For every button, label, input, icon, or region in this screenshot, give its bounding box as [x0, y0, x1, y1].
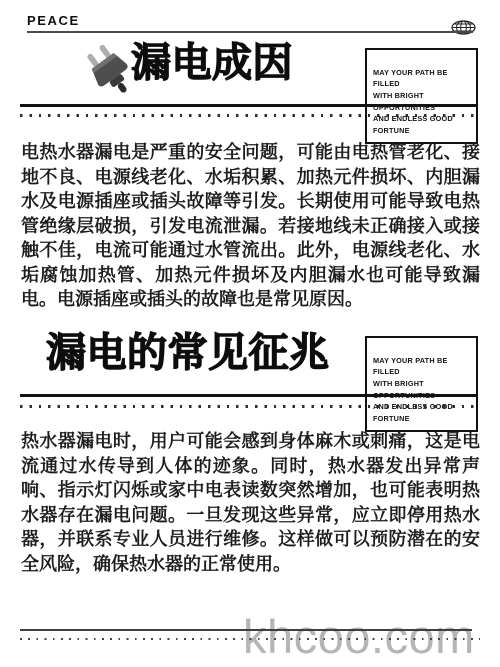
section1-title: 漏电成因	[131, 39, 293, 87]
section2-paragraph: 热水器漏电时，用户可能会感到身体麻木或刺痛，这是电流通过水传导到人体的迹象。同时…	[21, 429, 480, 576]
footer-divider-solid	[20, 629, 472, 631]
poster-page: PEACE 漏电成因 MAY YOUR PATH BE FILLED WITH …	[0, 0, 500, 667]
section2-divider-dotted	[20, 405, 480, 408]
section2-divider-solid	[20, 394, 477, 397]
section1-tagline-box: MAY YOUR PATH BE FILLED WITH BRIGHT OPPO…	[365, 48, 478, 144]
header-divider	[27, 31, 473, 33]
watermark: khcoo.com	[243, 609, 475, 664]
section1-divider-dotted	[20, 114, 480, 117]
section1-paragraph: 电热水器漏电是严重的安全问题，可能由电热管老化、接地不良、电源线老化、水垢积累、…	[21, 140, 480, 312]
brand-label: PEACE	[27, 13, 80, 28]
section2-tagline-box: MAY YOUR PATH BE FILLED WITH BRIGHT OPPO…	[365, 336, 478, 432]
section1-tagline-text: MAY YOUR PATH BE FILLED WITH BRIGHT OPPO…	[373, 68, 453, 135]
section1-divider-solid	[20, 104, 477, 107]
section2-tagline-text: MAY YOUR PATH BE FILLED WITH BRIGHT OPPO…	[373, 356, 453, 423]
footer-divider-dotted	[20, 638, 480, 640]
section2-title: 漏电的常见征兆	[46, 329, 330, 377]
